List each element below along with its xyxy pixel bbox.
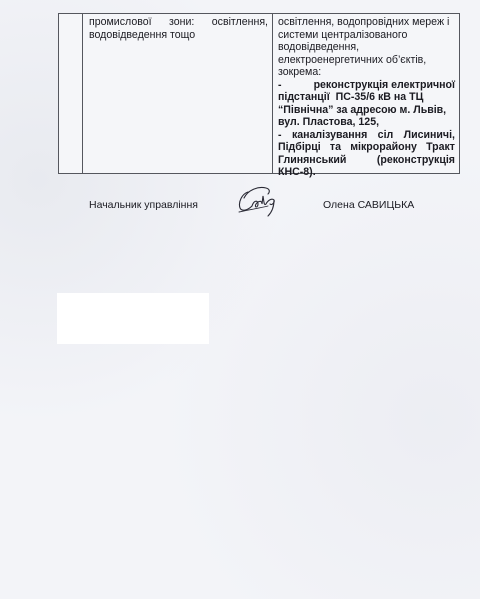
signatory-position: Начальник управління [89,199,198,211]
item1-line-2: підстанції ПС-35/6 кВ на ТЦ [278,91,455,104]
measures-line: освітлення, водопровідних мереж і [278,16,455,29]
item2-line-4: КНС-8). [278,166,455,179]
item2-word: Глинянський [278,154,346,167]
item2-word: (реконструкція [377,154,455,167]
signatory-name: Олена САВИЦЬКА [323,199,414,211]
item2-word: та [330,141,341,154]
item2-line-1: - каналізування сіл Лисиничі, [278,129,455,142]
item2-word: Лисиничі, [404,129,455,142]
item2-word: каналізування [292,129,367,142]
item2-word: сіл [378,129,394,142]
item1-line-4: вул. Пластова, 125, [278,116,455,129]
redacted-area [57,293,209,344]
item1-line-1: - реконструкція електричної [278,79,455,92]
measures-line: системи централізованого [278,29,455,42]
desc-word: зони: [169,16,194,29]
item2-word: мікрорайону [350,141,417,154]
item2-line-2: Підбірці та мікрорайону Тракт [278,141,455,154]
item2-word: Підбірці [278,141,321,154]
description-line-1: промислової зони: освітлення, [89,16,268,29]
item1-text: реконструкція електричної [314,79,455,92]
item2-word: Тракт [426,141,455,154]
measures-table: промислової зони: освітлення, водовідвед… [58,13,460,174]
measures-line: зокрема: [278,66,455,79]
item2-line-3: Глинянський (реконструкція [278,154,455,167]
handwritten-signature-icon [234,184,284,220]
measures-line: електроенергетичних об’єктів, [278,54,455,67]
desc-word: промислової [89,16,152,29]
description-line-2: водовідведення тощо [89,29,268,42]
description-cell: промислової зони: освітлення, водовідвед… [83,14,273,173]
item2-dash: - [278,129,282,142]
desc-word: освітлення, [212,16,268,29]
item1-line-3: “Північна” за адресою м. Львів, [278,104,455,117]
measures-cell: освітлення, водопровідних мереж і систем… [273,14,459,173]
row-number-cell [59,14,83,173]
item1-dash: - [278,79,282,92]
measures-line: водовідведення, [278,41,455,54]
